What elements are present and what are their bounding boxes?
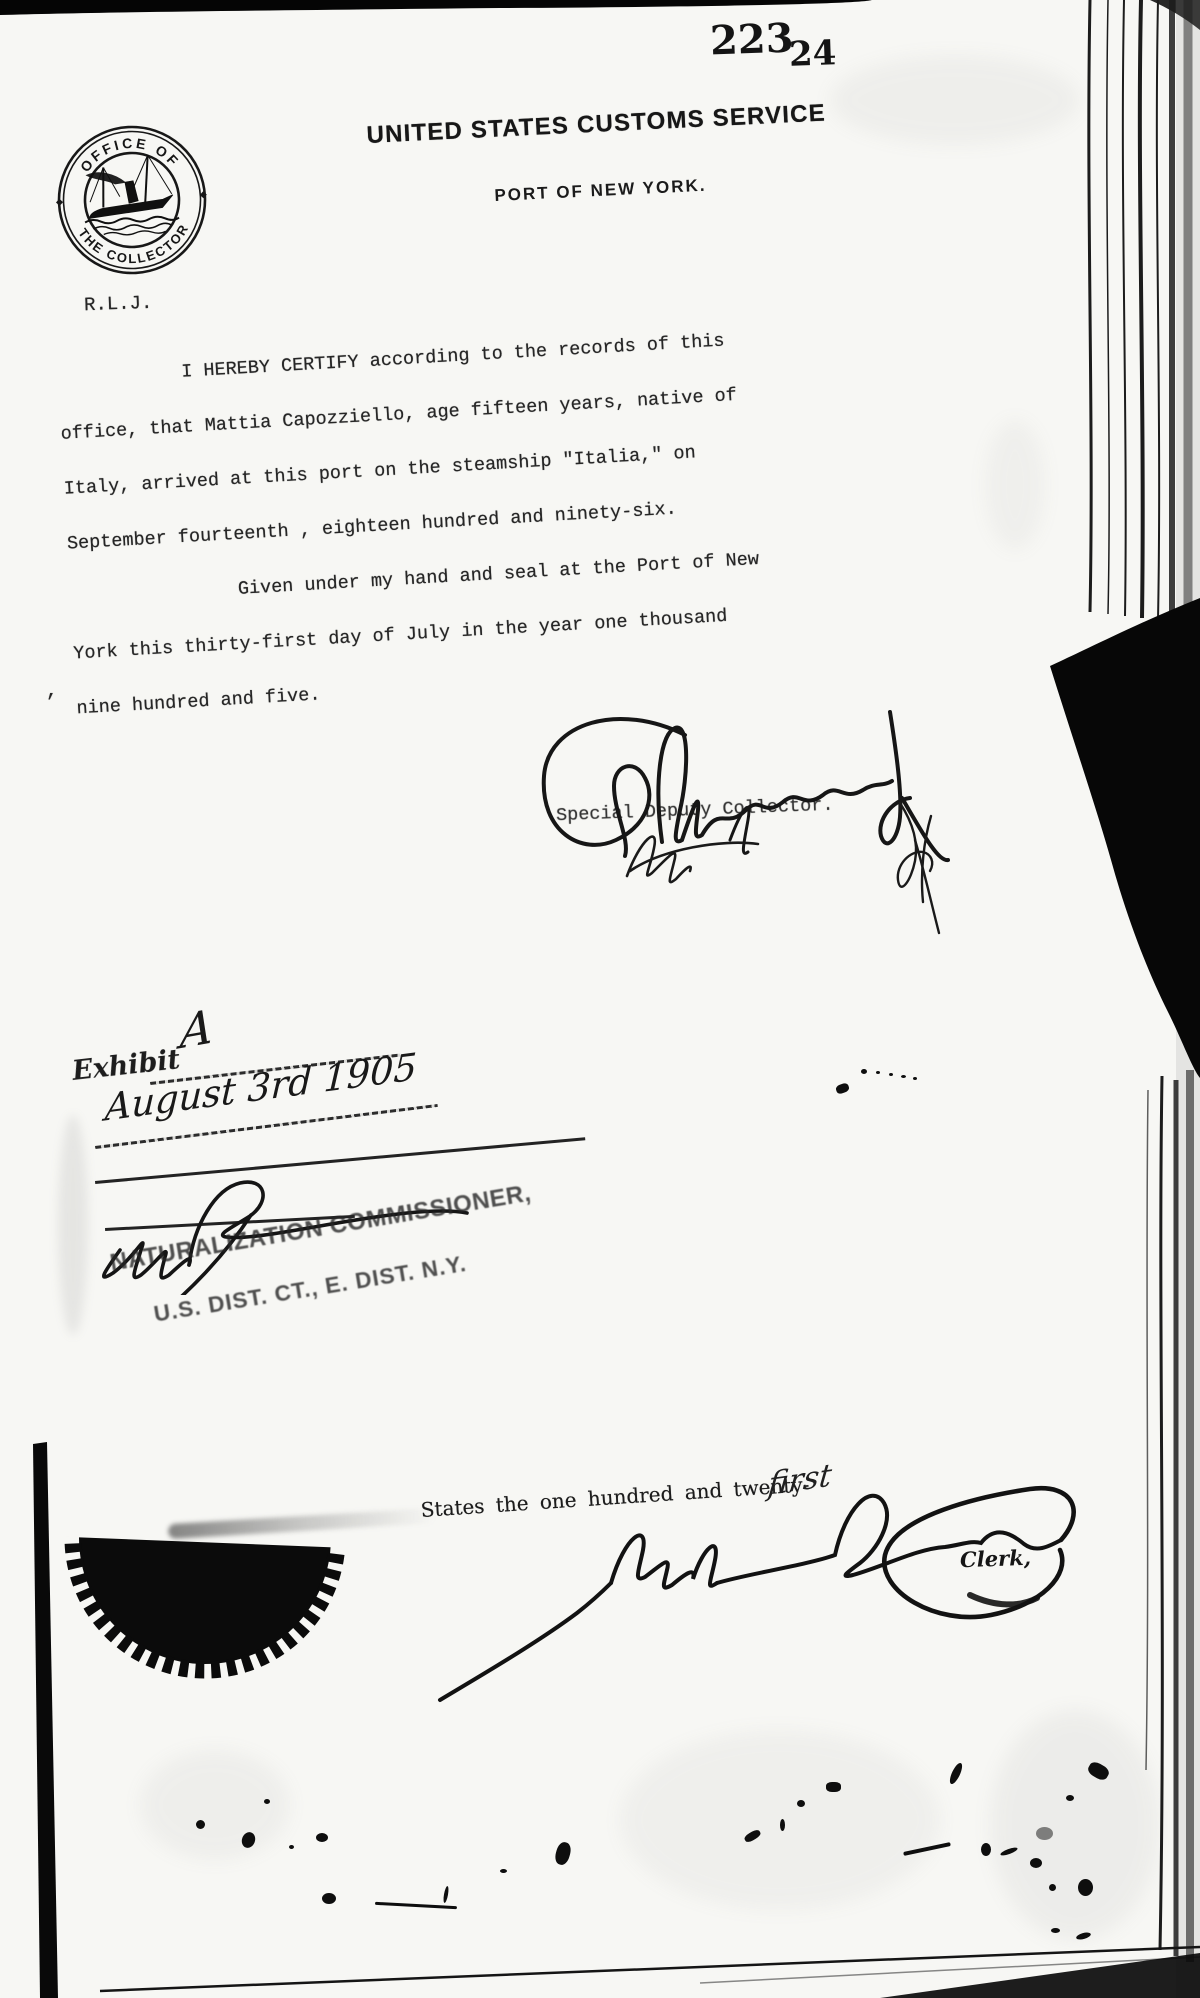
ink-spot (1049, 1884, 1056, 1891)
ink-spot (981, 1843, 991, 1856)
ink-spot (289, 1845, 294, 1849)
ink-spot (1066, 1795, 1074, 1801)
top-edge-artifact (0, 0, 872, 15)
scan-artifacts-layer (0, 0, 1200, 1998)
ink-spot (826, 1782, 841, 1792)
ink-spot (861, 1069, 867, 1074)
ink-spot (316, 1833, 328, 1842)
ink-spot (889, 1073, 893, 1076)
ink-spot (901, 1075, 906, 1078)
bottom-right-dark-corner (880, 1953, 1200, 1998)
ink-spot (1036, 1827, 1053, 1840)
ink-spot (500, 1869, 507, 1873)
ink-spot (322, 1893, 336, 1904)
notary-seal (73, 1406, 337, 1670)
scanned-document-page: 223 24 OFFICE OF THE COLLECTOR (0, 0, 1200, 1998)
ink-spot (1051, 1928, 1060, 1933)
large-ink-blot (1050, 598, 1200, 1078)
ink-spot (264, 1799, 270, 1804)
page-edge-lines-upper (1089, 0, 1188, 640)
ink-spot (196, 1820, 205, 1829)
ink-spot (797, 1800, 805, 1807)
ink-spot (1078, 1879, 1093, 1896)
ink-spot (1030, 1858, 1042, 1868)
left-fold-line (33, 1442, 58, 1998)
ink-spot (876, 1071, 880, 1074)
ink-spot (780, 1819, 785, 1831)
ink-spot (913, 1077, 917, 1080)
